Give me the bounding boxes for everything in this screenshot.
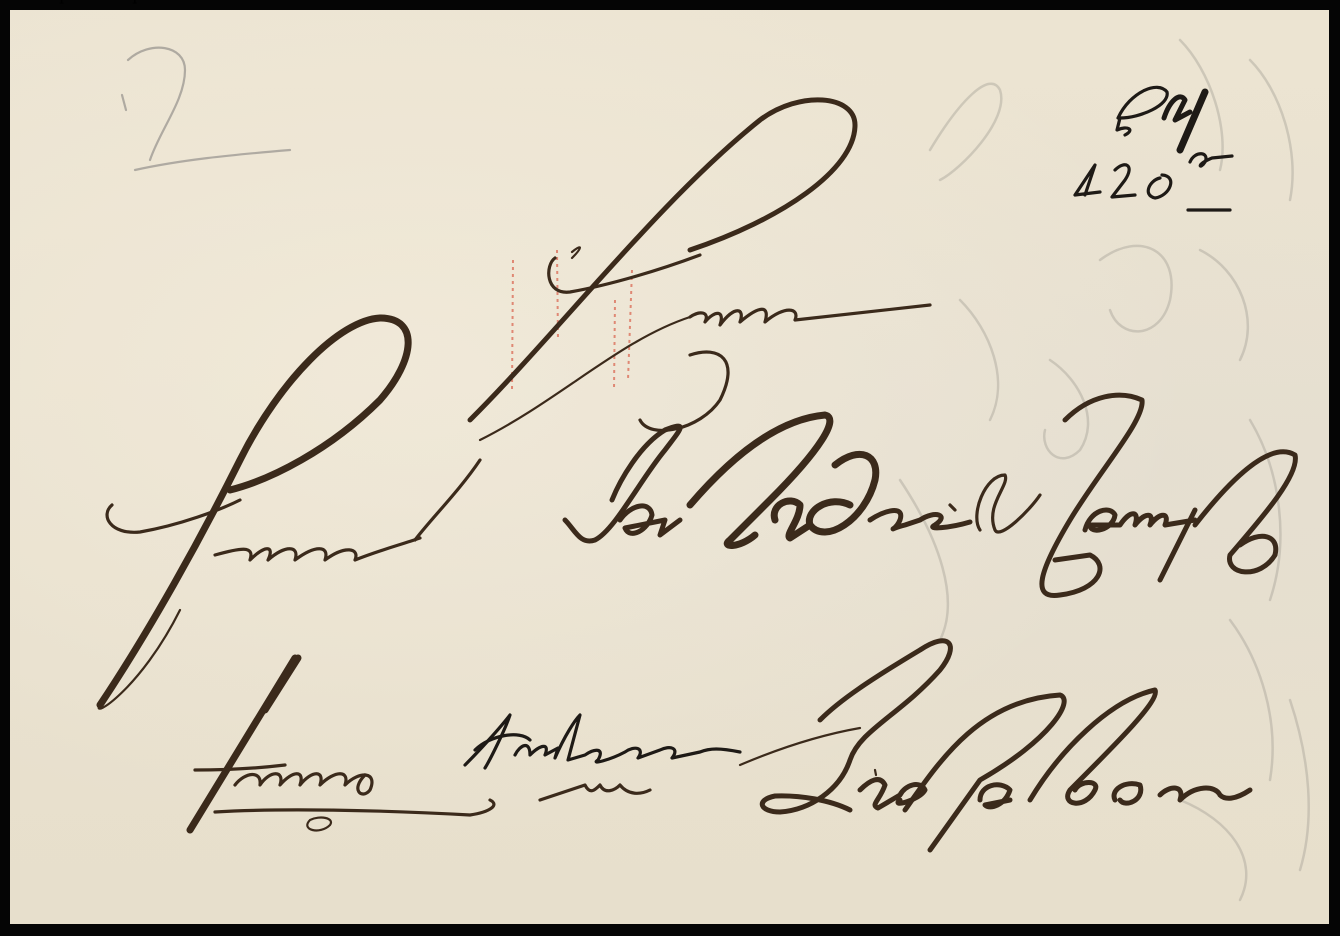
svg-text:Lissabon: Lissabon [0, 0, 72, 4]
herrn-left-word [99, 318, 480, 710]
rate-notation [1075, 87, 1232, 210]
via-antwerpen: Antwerpen in [0, 0, 740, 800]
pencil-numeral-2: 2 [0, 0, 290, 170]
herrn-top-word [470, 100, 930, 440]
handwriting-layer: 2 [0, 0, 1340, 936]
red-postmark-traces [512, 250, 632, 390]
destination-lissabon: Lissabon [0, 0, 1250, 850]
franco-word: franco [0, 0, 494, 830]
recipient-name: Sorlades & Compl [0, 0, 1295, 596]
